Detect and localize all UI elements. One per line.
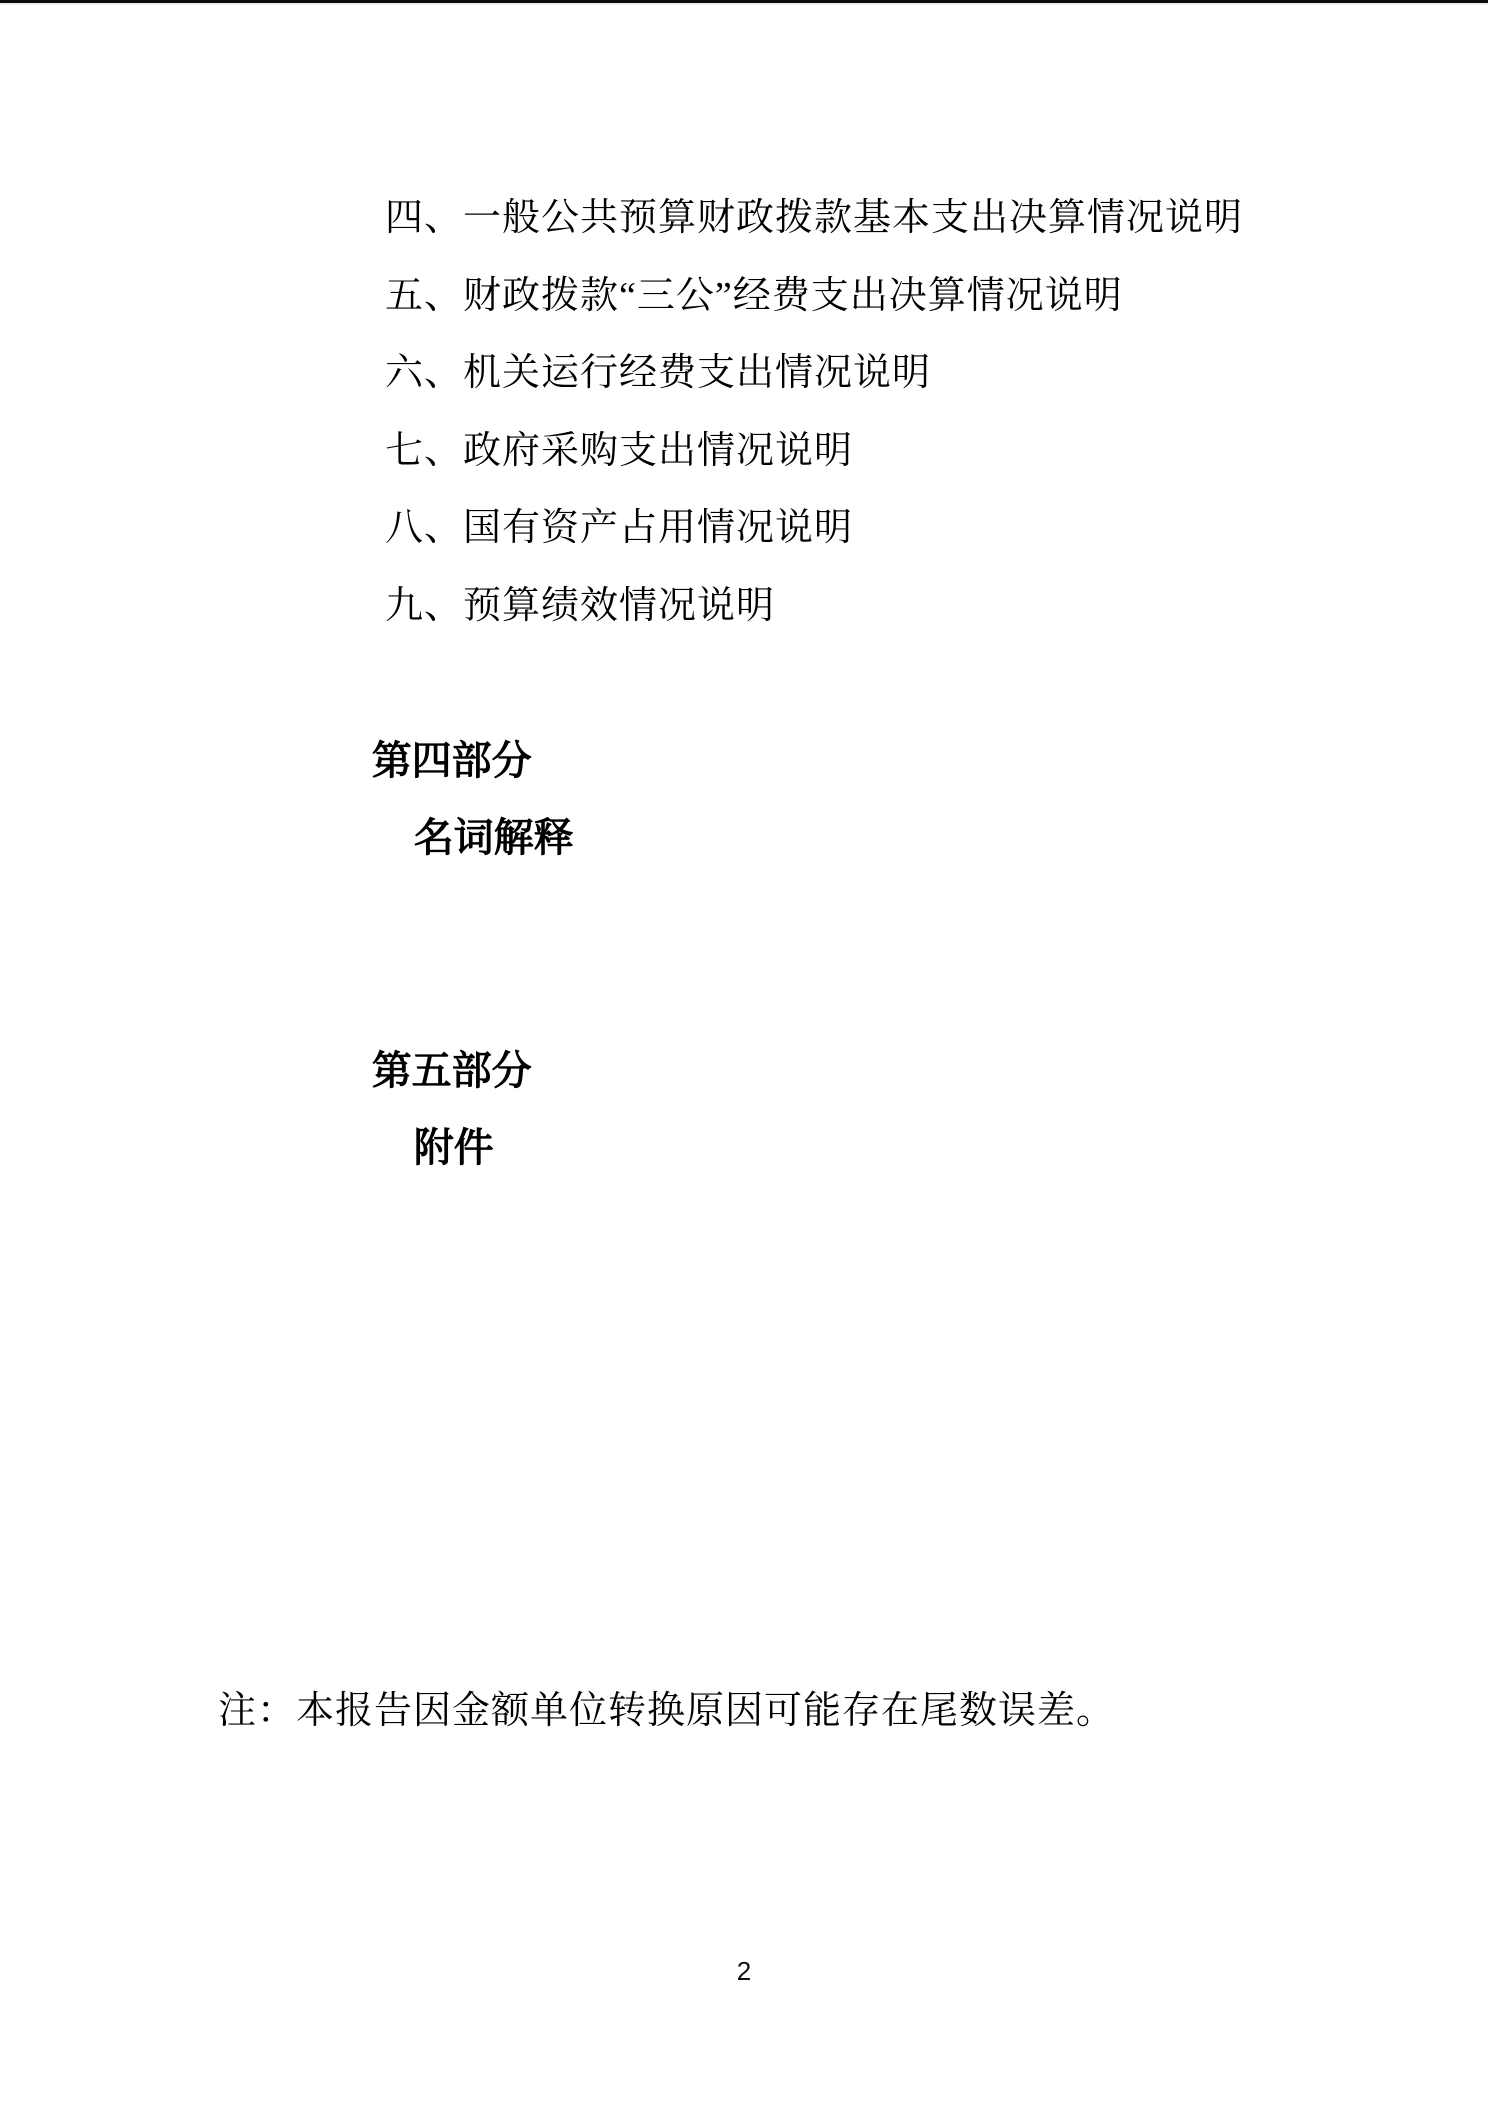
part-label: 第四部分: [372, 739, 532, 783]
toc-item: 九、预算绩效情况说明: [0, 568, 1488, 646]
toc-item: 六、机关运行经费支出情况说明: [0, 335, 1488, 413]
toc-item: 八、国有资产占用情况说明: [0, 490, 1488, 568]
footnote: 注：本报告因金额单位转换原因可能存在尾数误差。: [218, 1686, 1115, 1736]
page-number: 2: [0, 1956, 1488, 1987]
part-heading: 第五部分 附件: [0, 955, 1488, 1265]
page-top-border: [0, 0, 1488, 5]
part-title: 附件: [414, 1126, 494, 1170]
part-heading: 第四部分 名词解释: [0, 645, 1488, 955]
part-title: 名词解释: [414, 816, 574, 860]
part-label: 第五部分: [372, 1049, 532, 1093]
toc-item: 七、政府采购支出情况说明: [0, 413, 1488, 491]
toc-item: 五、财政拨款“三公”经费支出决算情况说明: [0, 258, 1488, 336]
table-of-contents: 四、一般公共预算财政拨款基本支出决算情况说明 五、财政拨款“三公”经费支出决算情…: [0, 180, 1488, 1265]
toc-item: 四、一般公共预算财政拨款基本支出决算情况说明: [0, 180, 1488, 258]
document-page: 四、一般公共预算财政拨款基本支出决算情况说明 五、财政拨款“三公”经费支出决算情…: [0, 0, 1488, 2104]
